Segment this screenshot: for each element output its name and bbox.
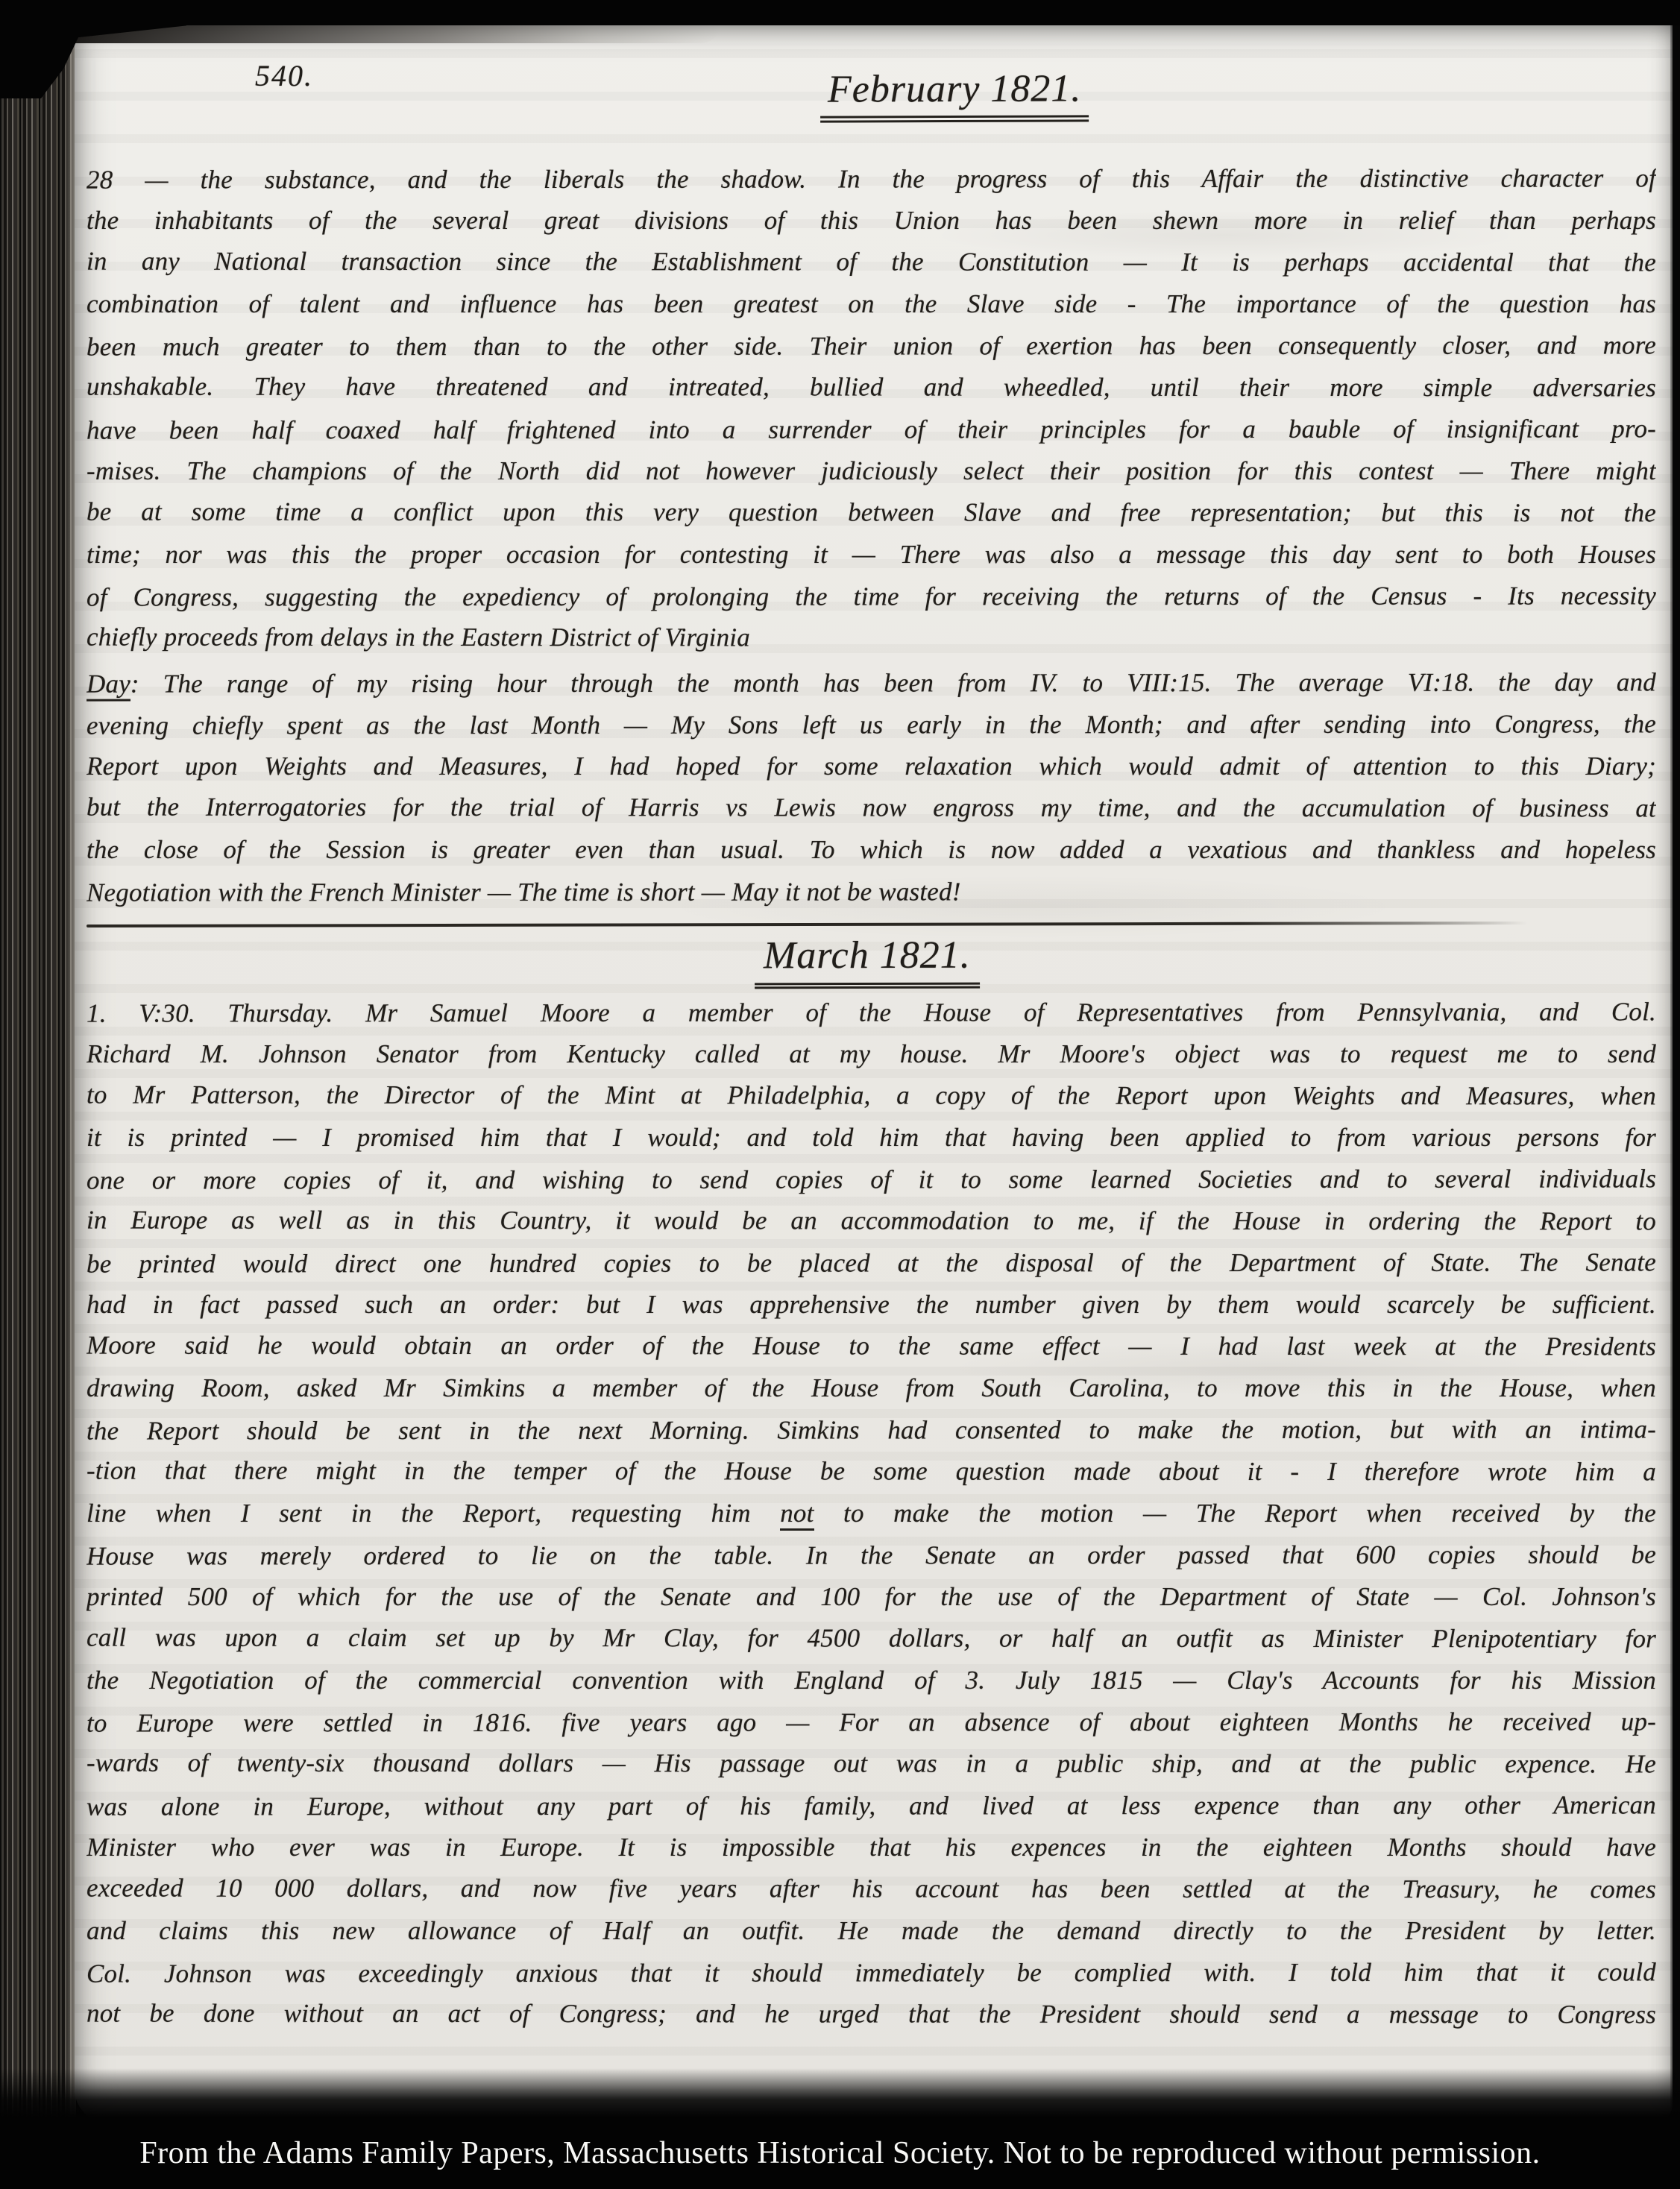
february-heading-text: February 1821. — [820, 66, 1089, 122]
day-line-rest: : The range of my rising hour through th… — [130, 667, 1656, 698]
march-entry-lines-a: 1. V:30. Thursday. Mr Samuel Moore a mem… — [86, 992, 1656, 1493]
manuscript-line: and claims this new allowance of Half an… — [86, 1910, 1656, 1952]
manuscript-line: it is printed — I promised him that I wo… — [86, 1117, 1656, 1159]
manuscript-line: chiefly proceeds from delays in the East… — [86, 617, 1656, 660]
manuscript-line: had in fact passed such an order: but I … — [86, 1284, 1656, 1326]
february-heading: February 1821. — [86, 67, 1656, 122]
manuscript-line: the Negotiation of the commercial conven… — [86, 1660, 1656, 1701]
credit-caption: From the Adams Family Papers, Massachuse… — [0, 2134, 1680, 2173]
march-heading-text: March 1821. — [755, 933, 980, 989]
manuscript-line: drawing Room, asked Mr Simkins a member … — [86, 1367, 1656, 1409]
manuscript-line: -mises. The champions of the North did n… — [86, 450, 1656, 492]
manuscript-line: to Mr Patterson, the Director of the Min… — [86, 1074, 1656, 1118]
not-line-post: to make the motion — The Report when rec… — [814, 1499, 1656, 1528]
manuscript-line: the close of the Session is greater even… — [86, 829, 1656, 871]
day-summary-lines: evening chiefly spent as the last Month … — [86, 704, 1656, 913]
manuscript-line: of Congress, suggesting the expediency o… — [86, 575, 1656, 618]
section-divider-rule — [86, 922, 1527, 927]
manuscript-line: call was upon a claim set up by Mr Clay,… — [86, 1617, 1656, 1660]
day-label: Day — [86, 670, 130, 702]
february-entry-28: 28 — the substance, and the liberals the… — [86, 158, 1656, 659]
not-line-pre: line when I sent in the Report, requesti… — [86, 1499, 780, 1528]
underlined-word-not: not — [780, 1499, 814, 1531]
manuscript-line: Richard M. Johnson Senator from Kentucky… — [86, 1033, 1656, 1075]
manuscript-line: line when I sent in the Report, requesti… — [86, 1493, 1656, 1534]
book-page-edges-texture — [0, 21, 76, 2146]
manuscript-line: Report upon Weights and Measures, I had … — [86, 746, 1656, 787]
march-entry-lines-b: House was merely ordered to lie on the t… — [86, 1534, 1656, 2035]
diary-page: 540. February 1821. 28 — the substance, … — [75, 25, 1673, 2123]
manuscript-line: Minister who ever was in Europe. It is i… — [86, 1827, 1656, 1868]
march-entry-1: 1. V:30. Thursday. Mr Samuel Moore a mem… — [86, 992, 1656, 2035]
manuscript-line: printed 500 of which for the use of the … — [86, 1576, 1656, 1618]
manuscript-line: the inhabitants of the several great div… — [86, 200, 1656, 242]
manuscript-line: -tion that there might in the temper of … — [86, 1450, 1656, 1493]
manuscript-scan: 540. February 1821. 28 — the substance, … — [0, 0, 1680, 2189]
manuscript-line: be printed would direct one hundred copi… — [86, 1241, 1656, 1285]
scan-top-border — [0, 0, 1680, 25]
manuscript-line: Negotiation with the French Minister — T… — [86, 870, 1656, 913]
manuscript-line: have been half coaxed half frightened in… — [86, 408, 1656, 451]
manuscript-line: evening chiefly spent as the last Month … — [86, 703, 1656, 746]
manuscript-line: was alone in Europe, without any part of… — [86, 1784, 1656, 1827]
manuscript-line: -wards of twenty-six thousand dollars — … — [86, 1742, 1656, 1786]
manuscript-line: in Europe as well as in this Country, it… — [86, 1200, 1656, 1243]
manuscript-line: Moore said he would obtain an order of t… — [86, 1325, 1656, 1368]
manuscript-line: Col. Johnson was exceedingly anxious tha… — [86, 1951, 1656, 1994]
manuscript-line: unshakable. They have threatened and int… — [86, 366, 1656, 409]
manuscript-line: time; nor was this the proper occasion f… — [86, 534, 1656, 576]
manuscript-line: 28 — the substance, and the liberals the… — [86, 157, 1656, 201]
february-day-summary: Day: The range of my rising hour through… — [86, 662, 1656, 913]
manuscript-line: but the Interrogatories for the trial of… — [86, 787, 1656, 830]
manuscript-line: 1. V:30. Thursday. Mr Samuel Moore a mem… — [86, 991, 1656, 1034]
manuscript-line: in any National transaction since the Es… — [86, 241, 1656, 284]
scan-right-border — [1670, 0, 1680, 2189]
manuscript-line: to Europe were settled in 1816. five yea… — [86, 1701, 1656, 1744]
manuscript-line: not be done without an act of Congress; … — [86, 1993, 1656, 2036]
march-heading: March 1821. — [86, 933, 1656, 986]
manuscript-line: one or more copies of it, and wishing to… — [86, 1158, 1656, 1201]
manuscript-line: House was merely ordered to lie on the t… — [86, 1534, 1656, 1577]
manuscript-line: Day: The range of my rising hour through… — [86, 661, 1656, 705]
manuscript-line: the Report should be sent in the next Mo… — [86, 1408, 1656, 1452]
manuscript-line: combination of talent and influence has … — [86, 283, 1656, 325]
manuscript-line: be at some time a conflict upon this ver… — [86, 491, 1656, 535]
manuscript-line: exceeded 10 000 dollars, and now five ye… — [86, 1868, 1656, 1911]
manuscript-line: been much greater to them than to the ot… — [86, 324, 1656, 368]
page-header: 540. February 1821. — [86, 25, 1656, 158]
